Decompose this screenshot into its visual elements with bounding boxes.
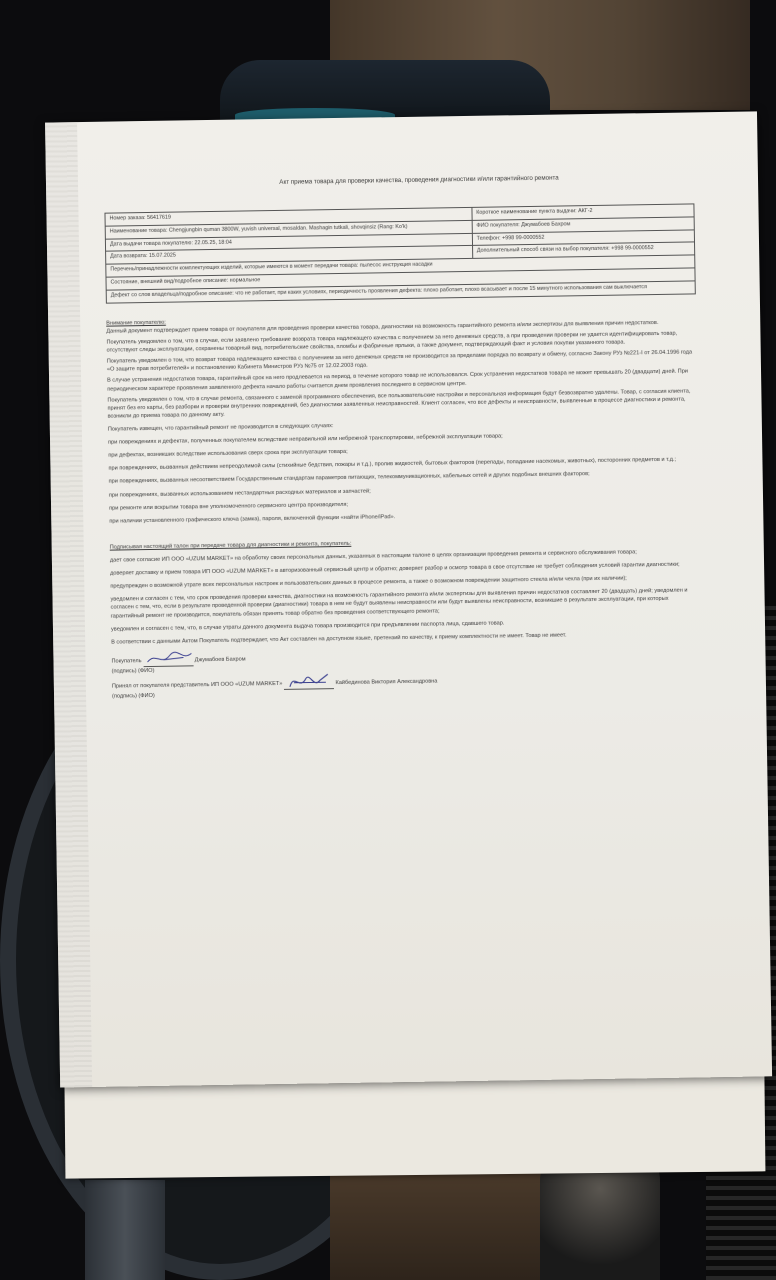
representative-name: Кайбединова Виктория Александровна — [335, 678, 437, 686]
signature-scribble-icon — [284, 670, 344, 693]
buyer-signature — [143, 653, 193, 667]
buyer-label: Покупатель — [111, 658, 141, 664]
document-page: Акт приема товара для проверки качества,… — [45, 111, 772, 1087]
signature-scribble-icon — [143, 647, 203, 668]
info-table: Номер заказа: 56417619 Короткое наименов… — [104, 203, 695, 303]
document-title: Акт приема товара для проверки качества,… — [144, 172, 694, 190]
paragraph: Покупатель уведомлен о том, что в случае… — [107, 387, 697, 421]
document-body: Акт приема товара для проверки качества,… — [104, 172, 702, 700]
sign-item: уведомлен и согласен с тем, что срок про… — [110, 587, 700, 621]
vacuum-handle — [85, 1180, 165, 1280]
representative-label: Принял от покупателя представитель ИП ОО… — [112, 681, 283, 690]
representative-signature — [284, 676, 334, 690]
